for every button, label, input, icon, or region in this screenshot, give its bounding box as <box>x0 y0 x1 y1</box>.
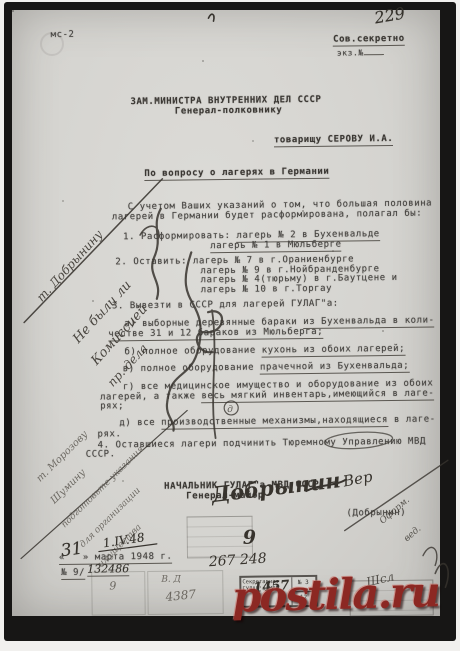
svg-text:т. Добрынину: т. Добрынину <box>34 227 106 304</box>
svg-text:Добрынин: Добрынин <box>209 467 342 507</box>
resolution-lower-left: т. Морозову Шумину подготовьте указания … <box>19 410 189 570</box>
watermark-postila: postila.ru <box>231 567 439 621</box>
circled-words-oval <box>324 430 393 450</box>
svg-text:вед.: вед. <box>402 524 423 544</box>
svg-text:Вер: Вер <box>341 467 375 490</box>
insert-mark: д <box>224 401 238 415</box>
document-content: мс-2 229 Сов.секретно экз.№ ЗАМ.МИНИСТРА… <box>8 7 443 618</box>
central-ink-scrawl <box>140 208 224 439</box>
svg-text:9: 9 <box>243 527 257 549</box>
resolution-top: т. Добрынину Не были ли Комиссией пр. де… <box>22 179 165 391</box>
document-paper: мс-2 229 Сов.секретно экз.№ ЗАМ.МИНИСТРА… <box>12 10 440 616</box>
svg-text:267 248: 267 248 <box>207 551 267 571</box>
scanned-document-card: мс-2 229 Сов.секретно экз.№ ЗАМ.МИНИСТРА… <box>0 0 460 651</box>
signature-handwritten: Добрынин Вер 9 267 248 <box>206 467 375 571</box>
edge-tick-mark <box>208 14 214 21</box>
svg-text:д: д <box>227 405 233 415</box>
handwriting-overlay: т. Добрынину Не были ли Комиссией пр. де… <box>8 7 443 618</box>
svg-text:Оформ.: Оформ. <box>378 495 412 526</box>
